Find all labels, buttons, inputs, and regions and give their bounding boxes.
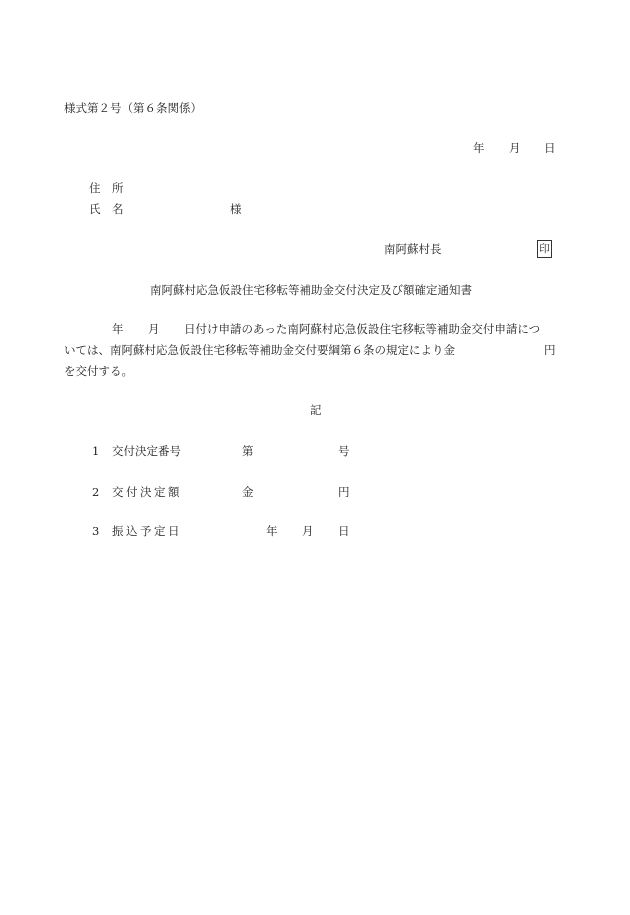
body-yen: 円 [544,345,556,357]
ki-heading: 記 [310,405,322,417]
date-month-label: 月 [509,143,521,155]
item-number: 3 [92,526,99,538]
seal-stamp-icon: 印 [537,240,552,258]
item-prefix: 第 [242,446,254,458]
item-suffix: 号 [338,446,350,458]
issuer-title: 南阿蘇村長 [384,244,442,256]
item-label: 交付決定番号 [112,446,181,458]
date-year-label: 年 [473,143,485,155]
item-label: 交付決定額 [112,487,182,499]
item-number: 1 [92,446,99,458]
item-prefix: 金 [242,487,254,499]
item-month: 月 [302,526,314,538]
body-year: 年 [112,324,124,336]
item-number: 2 [92,487,99,499]
body-line1: 日付け申請のあった南阿蘇村応急仮設住宅移転等補助金交付申請につ [184,324,540,336]
item-year: 年 [266,526,278,538]
form-label: 様式第２号（第６条関係） [64,103,202,115]
date-day-label: 日 [544,143,556,155]
honorific: 様 [230,204,242,216]
item-day: 日 [338,526,350,538]
address-label: 住 所 [89,183,124,195]
name-label: 氏 名 [89,204,124,216]
body-line3: を交付する。 [64,366,133,378]
item-label: 振込予定日 [112,526,182,538]
body-month: 月 [148,324,160,336]
item-suffix: 円 [338,487,350,499]
document-title: 南阿蘇村応急仮設住宅移転等補助金交付決定及び額確定通知書 [150,285,472,297]
body-line2: いては、南阿蘇村応急仮設住宅移転等補助金交付要綱第６条の規定により金 [64,345,455,357]
